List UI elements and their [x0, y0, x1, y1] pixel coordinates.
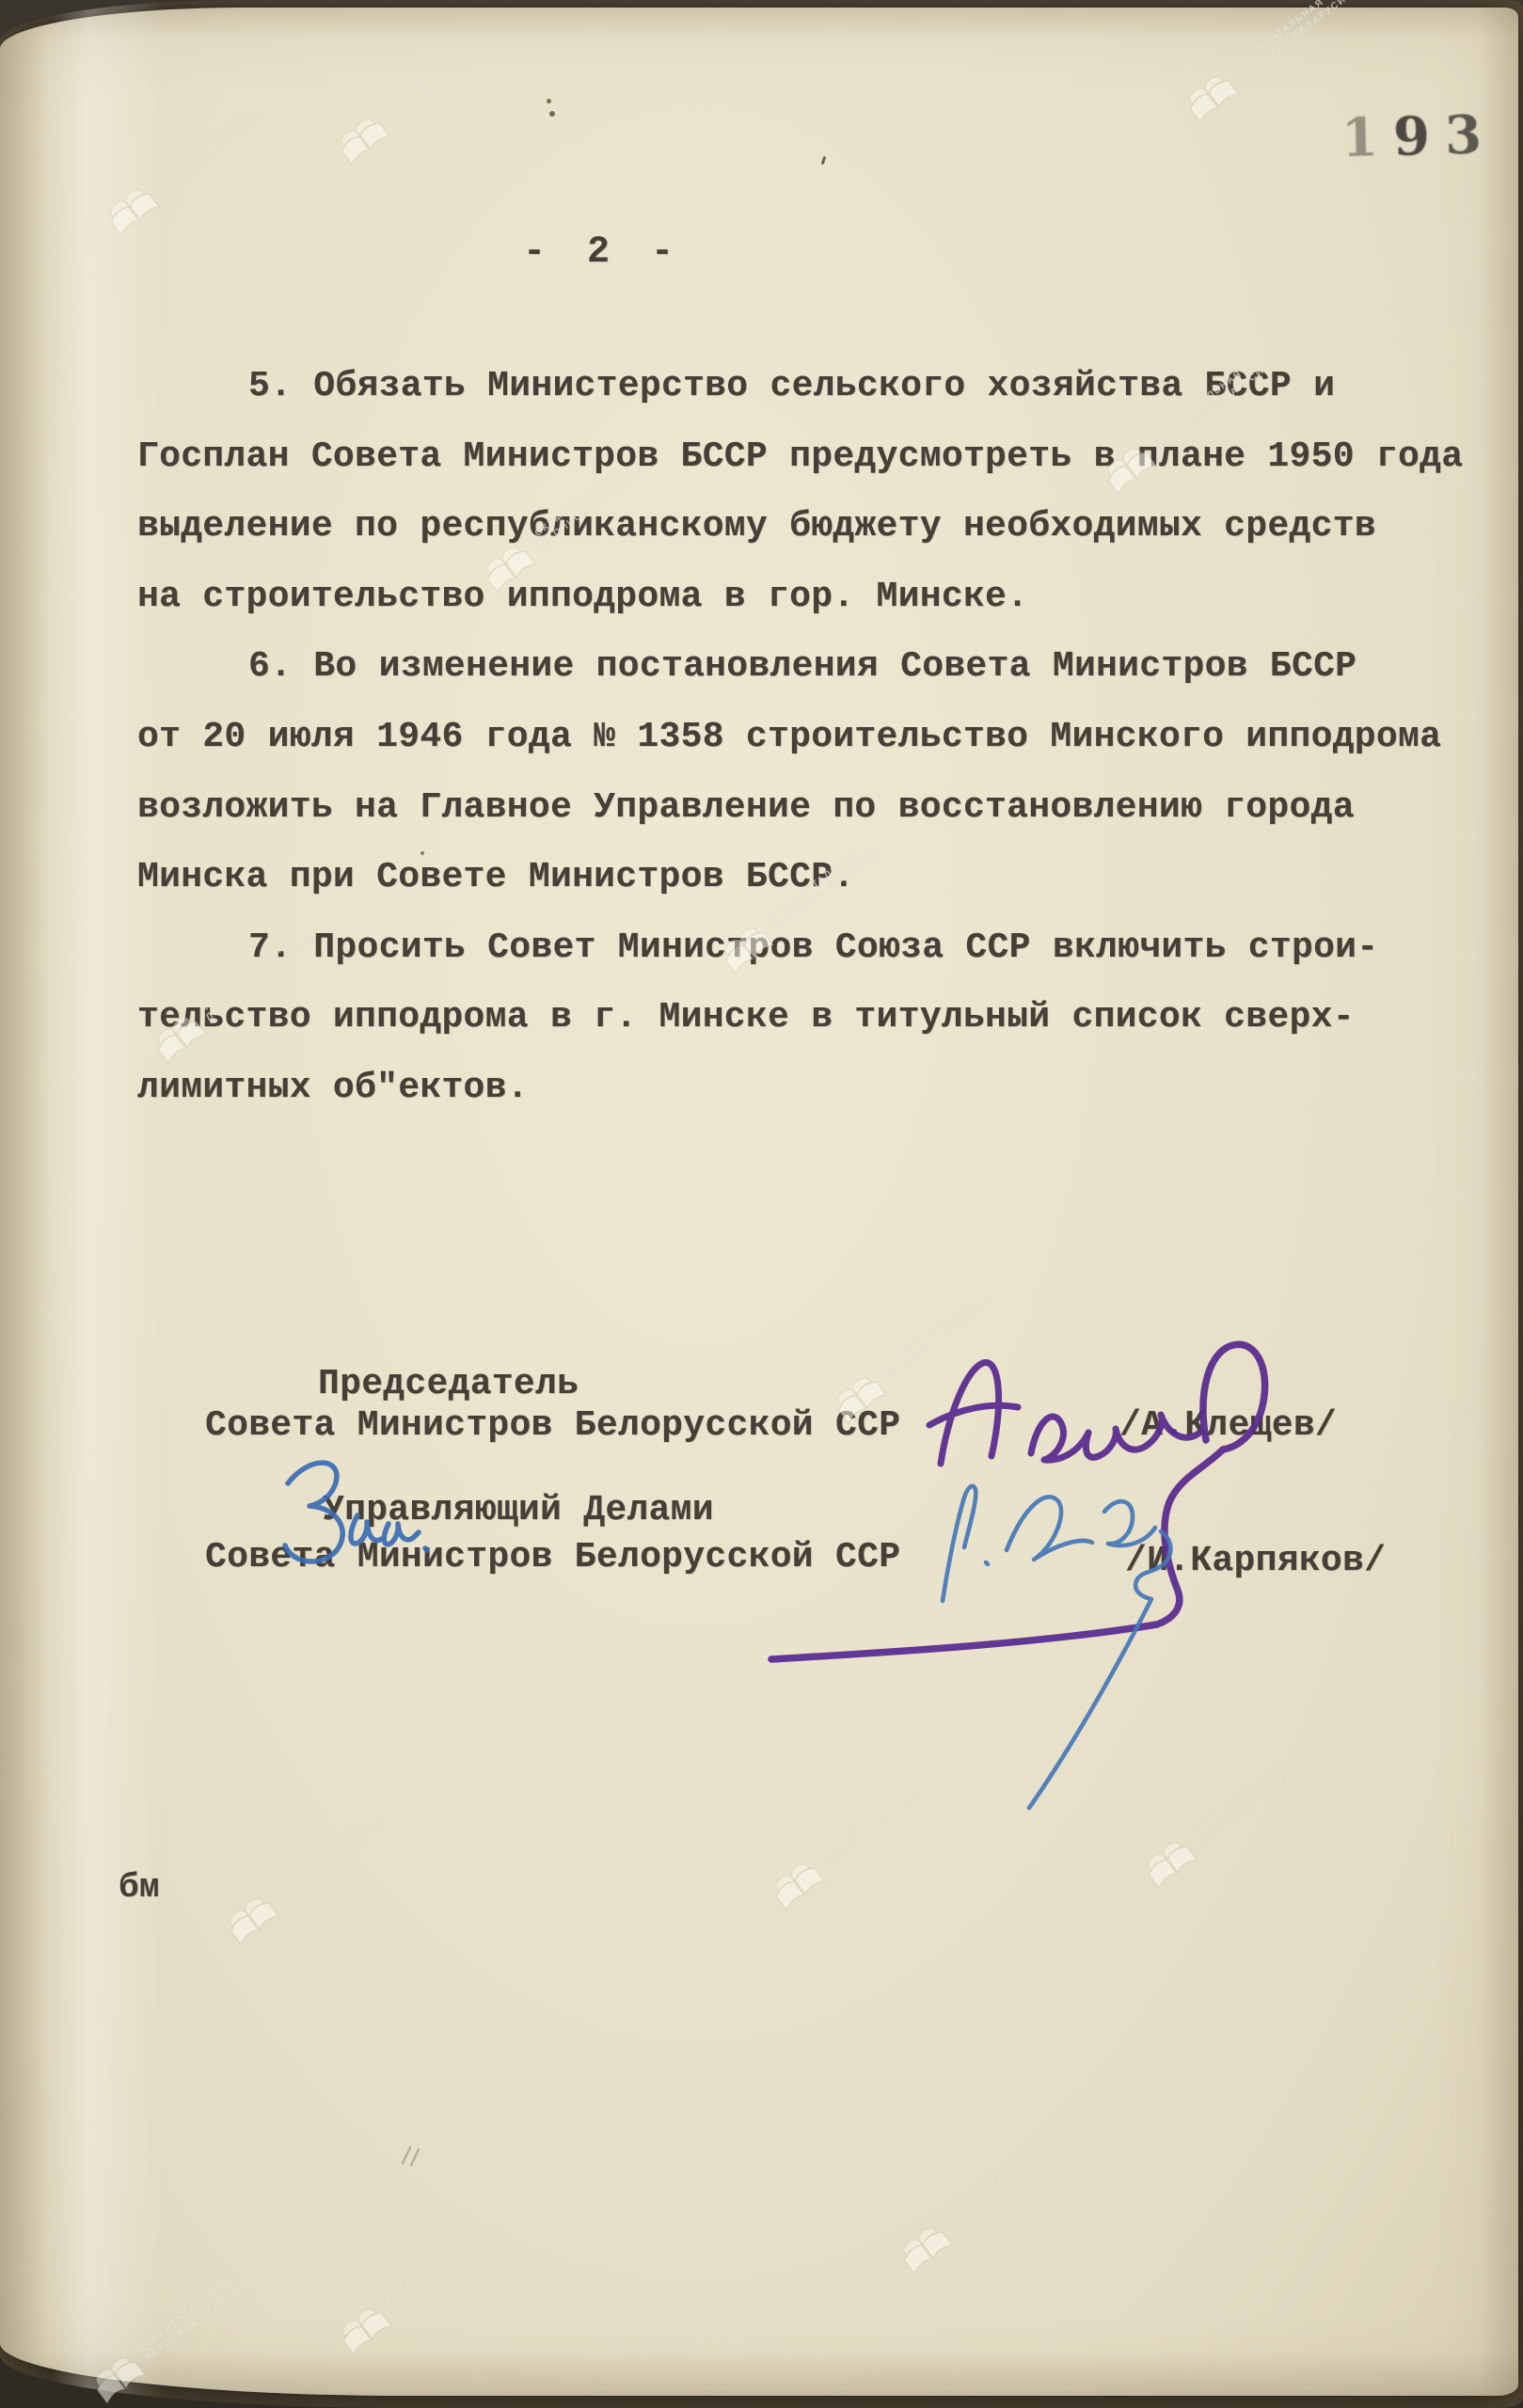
page-marker: - 2 -: [523, 231, 683, 274]
stamp-digit: 3: [1444, 103, 1498, 166]
scanned-document-page: 193 - 2 - 5. Обязать Министерство сельск…: [0, 0, 1523, 2408]
signature1-role-line1: Председатель: [318, 1364, 579, 1405]
body-text: 5. Обязать Министерство сельского хозяйс…: [137, 352, 1501, 1124]
body-line: возложить на Главное Управление по восст…: [137, 773, 1501, 844]
body-line: выделение по республиканскому бюджету не…: [137, 492, 1501, 562]
paper-speck: [549, 111, 555, 117]
body-line: лимитных об"ектов.: [137, 1053, 1501, 1124]
body-line: от 20 июля 1946 года № 1358 строительств…: [137, 703, 1501, 773]
body-line: Госплан Совета Министров БССР предусмотр…: [137, 422, 1501, 493]
signature1-typed-name: /А.Клещев/: [1119, 1405, 1337, 1447]
paper-speck: [547, 99, 551, 103]
body-line: Минска при Совете Министров БССР.: [137, 843, 1501, 913]
signature2-role-line1: Управляющий Делами: [323, 1490, 714, 1531]
body-line: 6. Во изменение постановления Совета Мин…: [137, 632, 1501, 703]
signature2-role-line2: Совета Министров Белорусской ССР: [205, 1537, 900, 1578]
body-line: тельство ипподрома в г. Минске в титульн…: [137, 983, 1501, 1053]
body-line: на строительство ипподрома в гор. Минске…: [137, 562, 1501, 633]
typist-initials: бм: [119, 1868, 160, 1907]
stamp-digit: 9: [1392, 104, 1446, 167]
stamp-digit: 1: [1341, 106, 1394, 169]
signature2-typed-name: /И.Карпяков/: [1125, 1541, 1386, 1582]
archive-page-number-stamp: 193: [1341, 103, 1498, 169]
body-line: 5. Обязать Министерство сельского хозяйс…: [137, 352, 1501, 422]
signature1-role-line2: Совета Министров Белорусской ССР: [205, 1405, 900, 1447]
body-line: 7. Просить Совет Министров Союза ССР вкл…: [137, 913, 1501, 984]
